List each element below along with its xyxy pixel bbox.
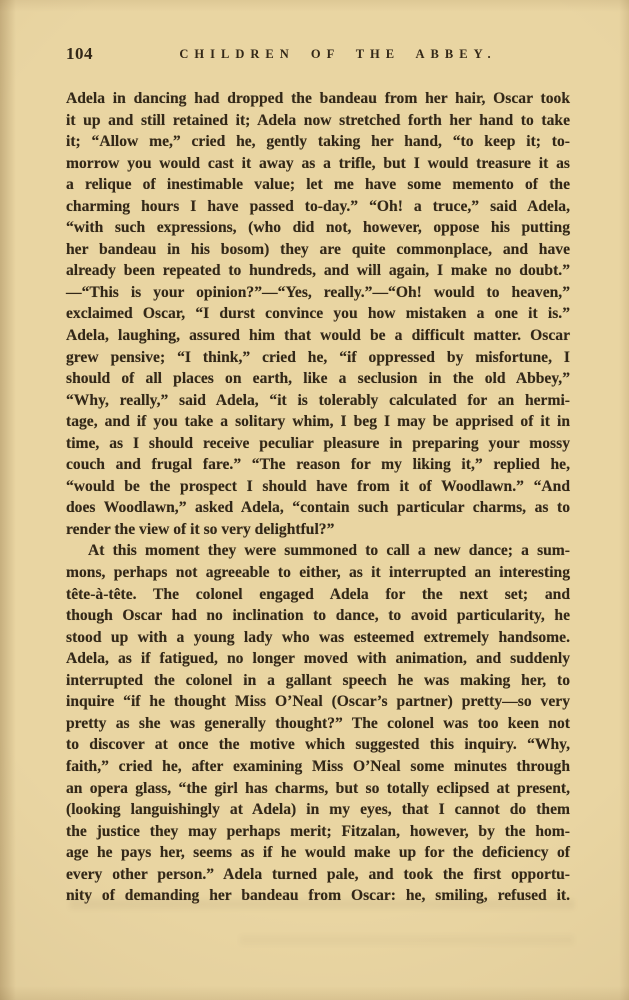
page-number: 104 xyxy=(66,44,93,64)
text-line: to discover at once the motive which sug… xyxy=(66,734,570,756)
paragraph: At this moment they were summoned to cal… xyxy=(66,540,570,906)
text-line: tage, and if you take a solitary whim, I… xyxy=(66,411,570,433)
text-line: couch and frugal fare.” “The reason for … xyxy=(66,454,570,476)
text-line: it up and still retained it; Adela now s… xyxy=(66,110,570,132)
text-line: “would be the prospect I should have fro… xyxy=(66,476,570,498)
text-line: exclaimed Oscar, “I durst convince you h… xyxy=(66,303,570,325)
text-line: “Why, really,” said Adela, “it is tolera… xyxy=(66,390,570,412)
text-line: charming hours I have passed to-day.” “O… xyxy=(66,196,570,218)
text-line: grew pensive; “I think,” cried he, “if o… xyxy=(66,347,570,369)
text-line: morrow you would cast it away as a trifl… xyxy=(66,153,570,175)
paragraph: Adela in dancing had dropped the bandeau… xyxy=(66,88,570,540)
show-through-smudge xyxy=(240,935,574,945)
text-line: render the view of it so very delightful… xyxy=(66,519,570,541)
text-line: interrupted the colonel in a gallant spe… xyxy=(66,670,570,692)
text-line: stood up with a young lady who was estee… xyxy=(66,627,570,649)
text-line: every other person.” Adela turned pale, … xyxy=(66,864,570,886)
book-page: 104 CHILDREN OF THE ABBEY. Adela in danc… xyxy=(0,0,629,1000)
text-line: it; “Allow me,” cried he, gently taking … xyxy=(66,131,570,153)
text-line: inquire “if he thought Miss O’Neal (Osca… xyxy=(66,691,570,713)
text-line: her bandeau in his bosom) they are quite… xyxy=(66,239,570,261)
text-line: “with such expressions, (who did not, ho… xyxy=(66,217,570,239)
text-line: age he pays her, seems as if he would ma… xyxy=(66,842,570,864)
text-line: already been repeated to hundreds, and w… xyxy=(66,260,570,282)
text-line: At this moment they were summoned to cal… xyxy=(66,540,570,562)
text-line: Adela, as if fatigued, no longer moved w… xyxy=(66,648,570,670)
text-line: Adela in dancing had dropped the bandeau… xyxy=(66,88,570,110)
text-line: mons, perhaps not agreeable to either, a… xyxy=(66,562,570,584)
text-line: time, as I should receive peculiar pleas… xyxy=(66,433,570,455)
text-line: a relique of inestimable value; let me h… xyxy=(66,174,570,196)
text-line: tête-à-tête. The colonel engaged Adela f… xyxy=(66,584,570,606)
text-line: pretty as she was generally thought?” Th… xyxy=(66,713,570,735)
text-line: (looking languishingly at Adela) in my e… xyxy=(66,799,570,821)
text-line: though Oscar had no inclination to dance… xyxy=(66,605,570,627)
text-line: nity of demanding her bandeau from Oscar… xyxy=(66,885,570,907)
running-title: CHILDREN OF THE ABBEY. xyxy=(106,47,570,62)
text-line: an opera glass, “the girl has charms, bu… xyxy=(66,778,570,800)
page-header: 104 CHILDREN OF THE ABBEY. xyxy=(66,44,570,64)
text-line: should of all places on earth, like a se… xyxy=(66,368,570,390)
text-line: the justice they may perhaps merit; Fitz… xyxy=(66,821,570,843)
page-body: Adela in dancing had dropped the bandeau… xyxy=(66,88,570,907)
text-line: —“This is your opinion?”—“Yes, really.”—… xyxy=(66,282,570,304)
text-line: Adela, laughing, assured him that would … xyxy=(66,325,570,347)
text-line: faith,” cried he, after examining Miss O… xyxy=(66,756,570,778)
text-line: does Woodlawn,” asked Adela, “contain su… xyxy=(66,497,570,519)
